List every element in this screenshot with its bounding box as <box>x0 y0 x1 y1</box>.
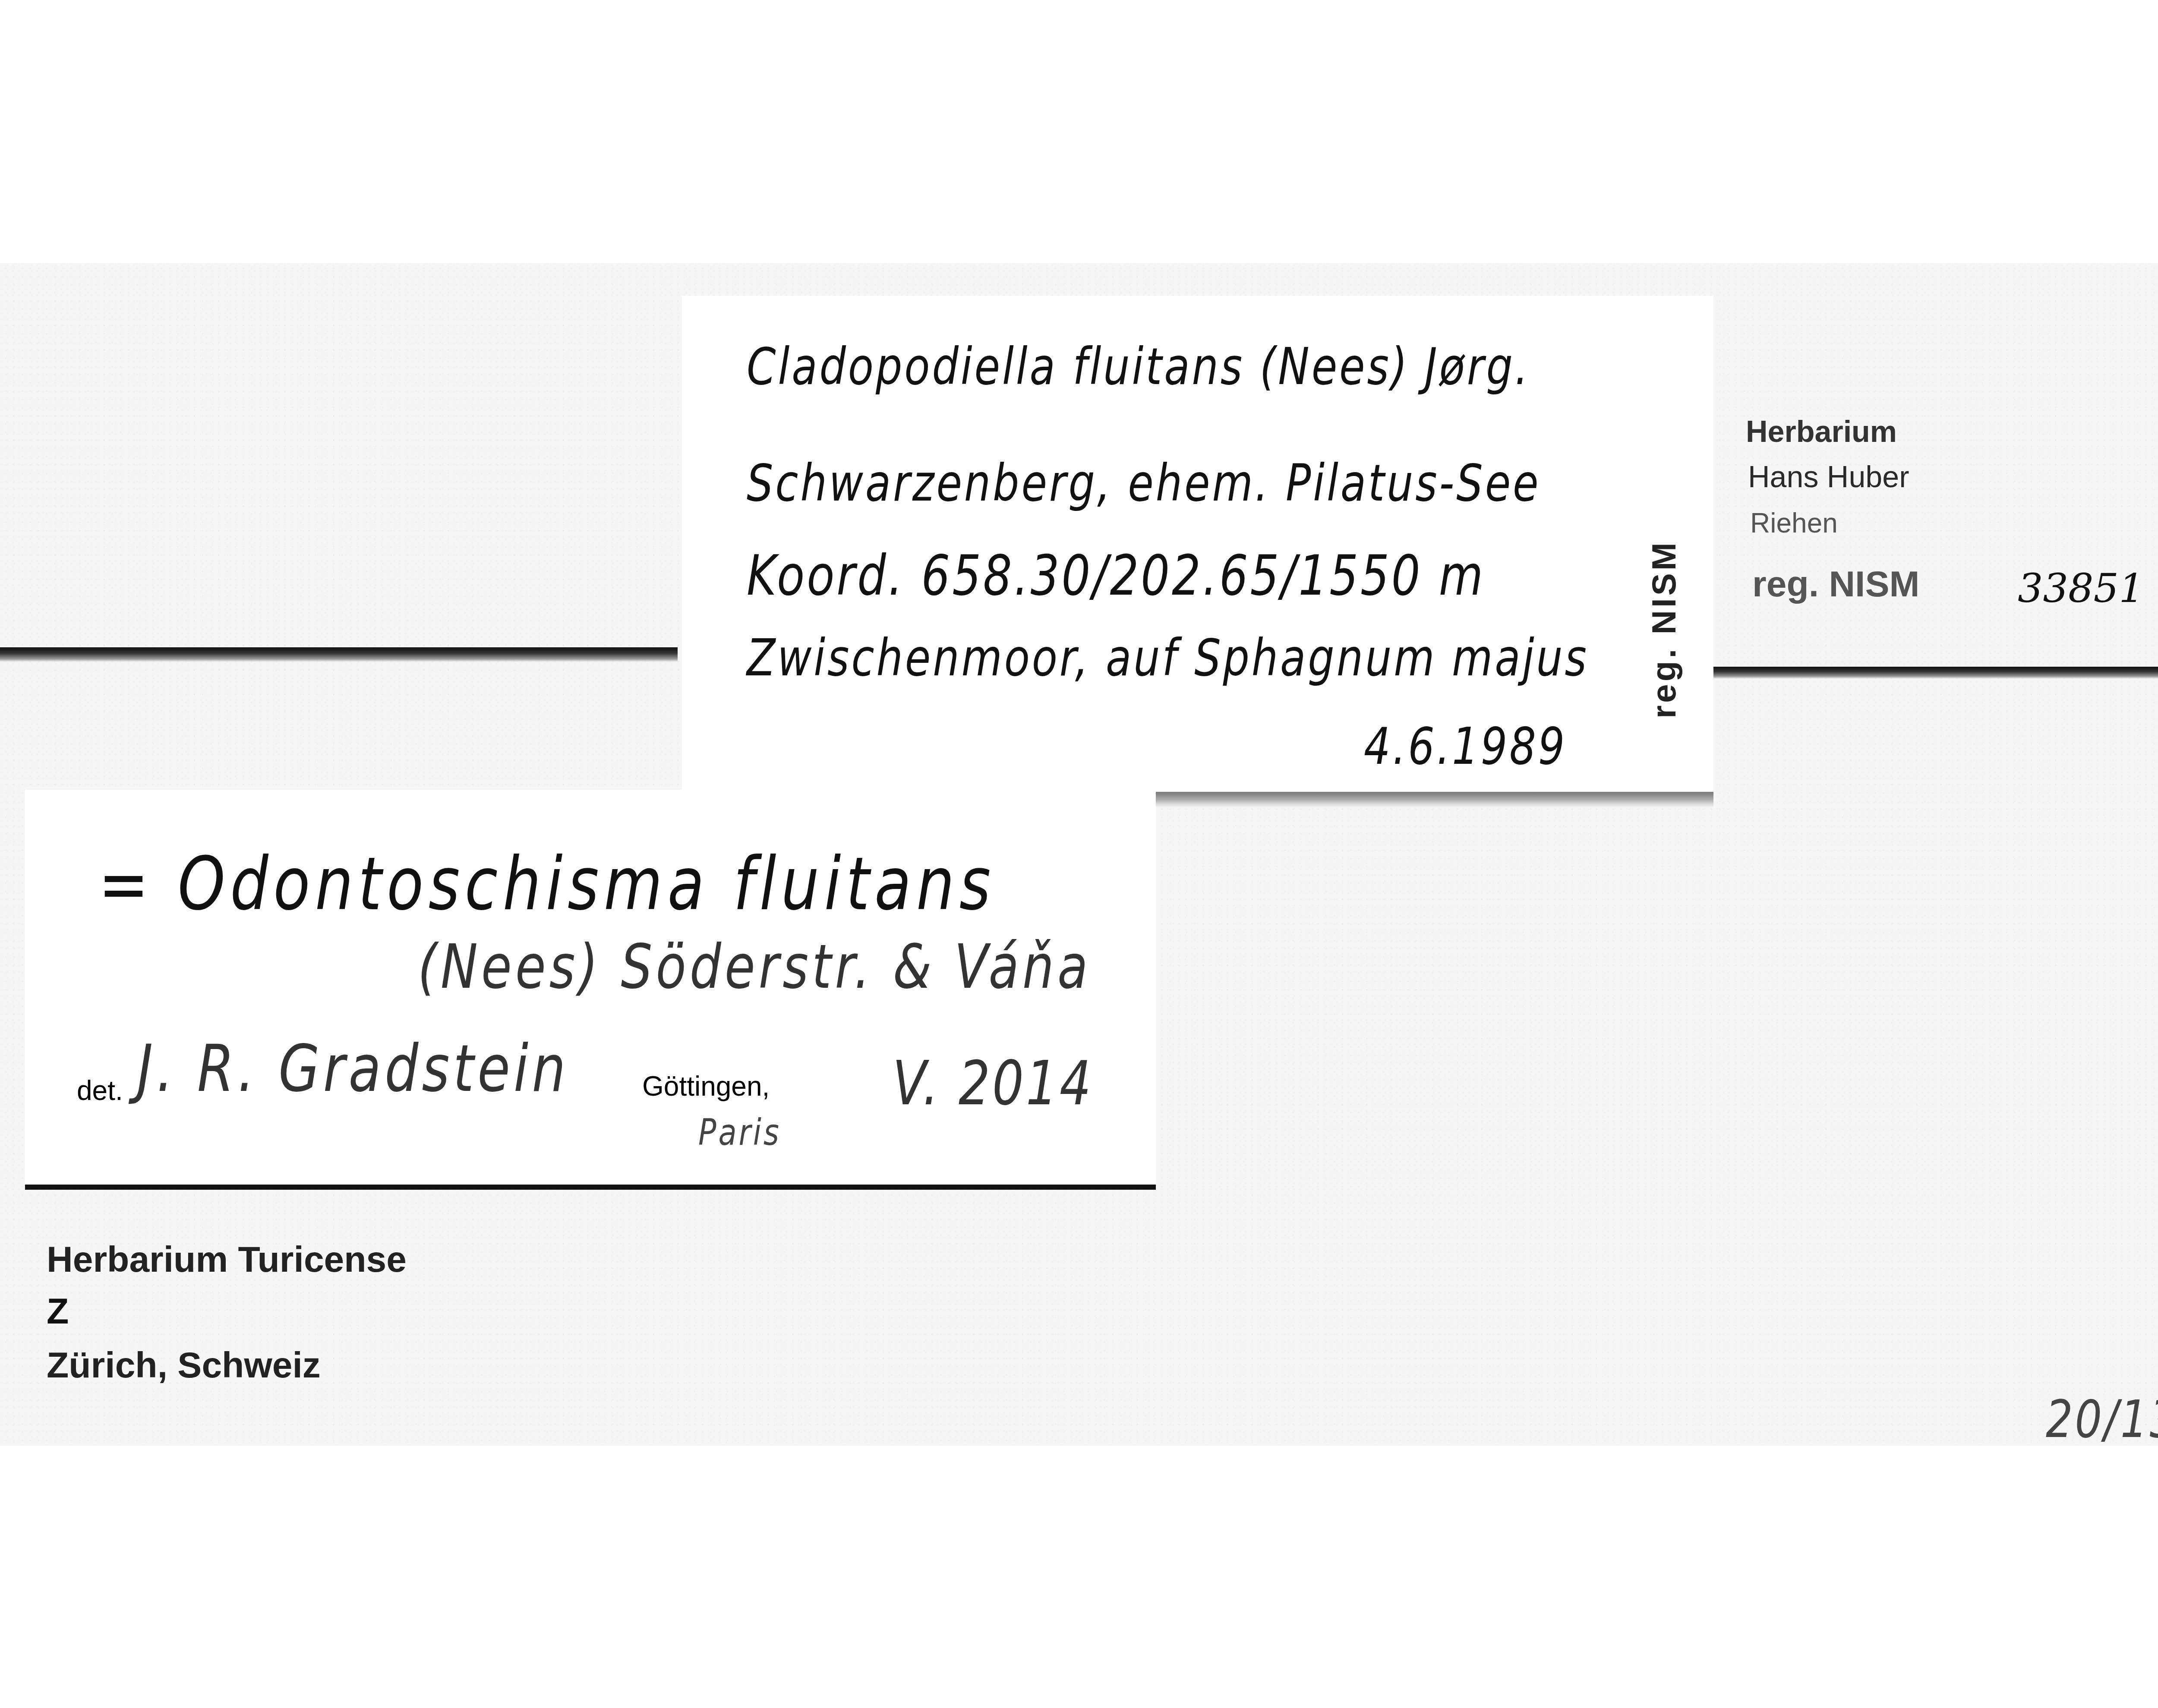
det-date: V. 2014 <box>893 1049 1093 1119</box>
determination-label-edge <box>25 1185 1156 1190</box>
det-name-line2: (Nees) Söderstr. & Váňa <box>418 932 1092 1002</box>
taxon-name: Cladopodiella fluitans (Nees) Jørg. <box>747 337 1530 396</box>
det-place-printed: Göttingen, <box>642 1070 770 1102</box>
habitat: Zwischenmoor, auf Sphagnum majus <box>747 628 1589 687</box>
huber-reg-number: 33851 <box>2018 565 2144 611</box>
sheet-number: 20/13 <box>2046 1390 2158 1450</box>
determination-label: = Odontoschisma fluitans (Nees) Söderstr… <box>25 790 1156 1187</box>
huber-stamp-reg: reg. NISM <box>1752 563 1919 605</box>
det-place-handwritten: Paris <box>698 1111 781 1153</box>
det-prefix: det. <box>77 1075 123 1106</box>
det-name-line1: = Odontoschisma fluitans <box>98 841 996 927</box>
locality: Schwarzenberg, ehem. Pilatus-See <box>747 453 1541 513</box>
institution-name: Herbarium Turicense <box>47 1238 407 1280</box>
institution-code: Z <box>47 1290 69 1332</box>
huber-stamp-herbarium: Herbarium <box>1746 414 1897 449</box>
collection-label: Cladopodiella fluitans (Nees) Jørg. Schw… <box>682 296 1713 805</box>
left-fold-shadow <box>0 647 678 662</box>
institution-city: Zürich, Schweiz <box>47 1344 321 1386</box>
determiner-signature: J. R. Gradstein <box>137 1031 569 1106</box>
side-reg-stamp: reg. NISM <box>1644 540 1684 718</box>
collection-date: 4.6.1989 <box>1364 716 1567 776</box>
huber-stamp-city: Riehen <box>1750 507 1838 539</box>
huber-stamp-name: Hans Huber <box>1748 460 1909 494</box>
right-fold-shadow <box>1713 667 2158 679</box>
coordinates: Koord. 658.30/202.65/1550 m <box>747 544 1485 608</box>
